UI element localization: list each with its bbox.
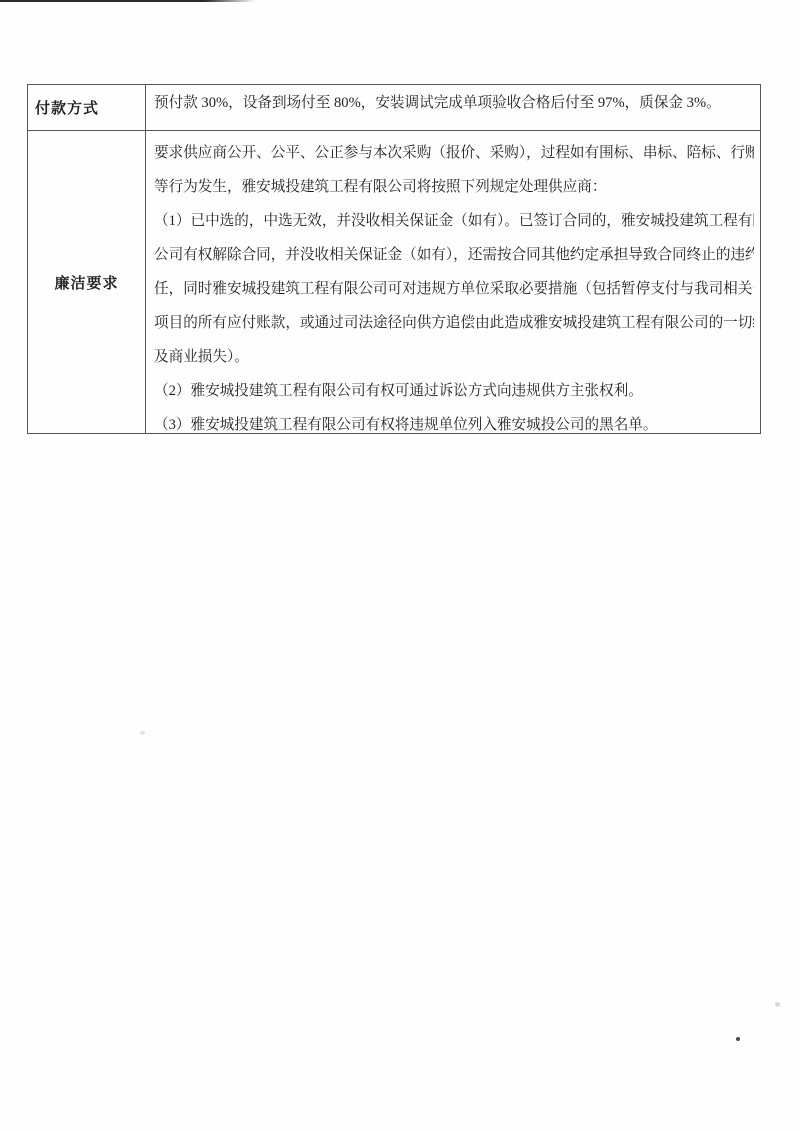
integrity-text-line: （3）雅安城投建筑工程有限公司有权将违规单位列入雅安城投公司的黑名单。	[154, 408, 754, 433]
payment-terms-text: 预付款 30%，设备到场付至 80%，安装调试完成单项验收合格后付至 97%，质…	[154, 92, 753, 114]
table-row-label-integrity-requirements: 廉洁要求	[28, 131, 146, 433]
table-row-label-payment-method: 付款方式	[28, 85, 146, 131]
scanned-document-page: 付款方式 预付款 30%，设备到场付至 80%，安装调试完成单项验收合格后付至 …	[0, 0, 800, 1131]
scan-speck	[140, 731, 145, 735]
integrity-text-line: 等行为发生，雅安城投建筑工程有限公司将按照下列规定处理供应商：	[154, 170, 754, 204]
integrity-requirements-label: 廉洁要求	[54, 272, 118, 293]
integrity-text-line: 项目的所有应付账款，或通过司法途径向供方追偿由此造成雅安城投建筑工程有限公司的一…	[154, 306, 754, 340]
integrity-text-line: 要求供应商公开、公平、公正参与本次采购（报价、采购），过程如有围标、串标、陪标、…	[154, 136, 754, 170]
integrity-text-line: 公司有权解除合同，并没收相关保证金（如有），还需按合同其他约定承担导致合同终止的…	[154, 238, 754, 272]
payment-terms-cell: 预付款 30%，设备到场付至 80%，安装调试完成单项验收合格后付至 97%，质…	[146, 85, 760, 131]
integrity-text-line: （1）已中选的，中选无效，并没收相关保证金（如有）。已签订合同的，雅安城投建筑工…	[154, 204, 754, 238]
scan-edge-artifact	[0, 0, 256, 2]
payment-method-label: 付款方式	[35, 97, 99, 118]
integrity-text-line: 任，同时雅安城投建筑工程有限公司可对违规方单位采取必要措施（包括暂停支付与我司相…	[154, 272, 754, 306]
scan-speck	[736, 1037, 740, 1041]
scan-speck	[775, 1002, 780, 1007]
integrity-text-line: （2）雅安城投建筑工程有限公司有权可通过诉讼方式向违规供方主张权利。	[154, 374, 754, 408]
integrity-text-line: 及商业损失）。	[154, 340, 754, 374]
integrity-requirements-cell: 要求供应商公开、公平、公正参与本次采购（报价、采购），过程如有围标、串标、陪标、…	[146, 131, 760, 433]
terms-table: 付款方式 预付款 30%，设备到场付至 80%，安装调试完成单项验收合格后付至 …	[27, 84, 761, 434]
